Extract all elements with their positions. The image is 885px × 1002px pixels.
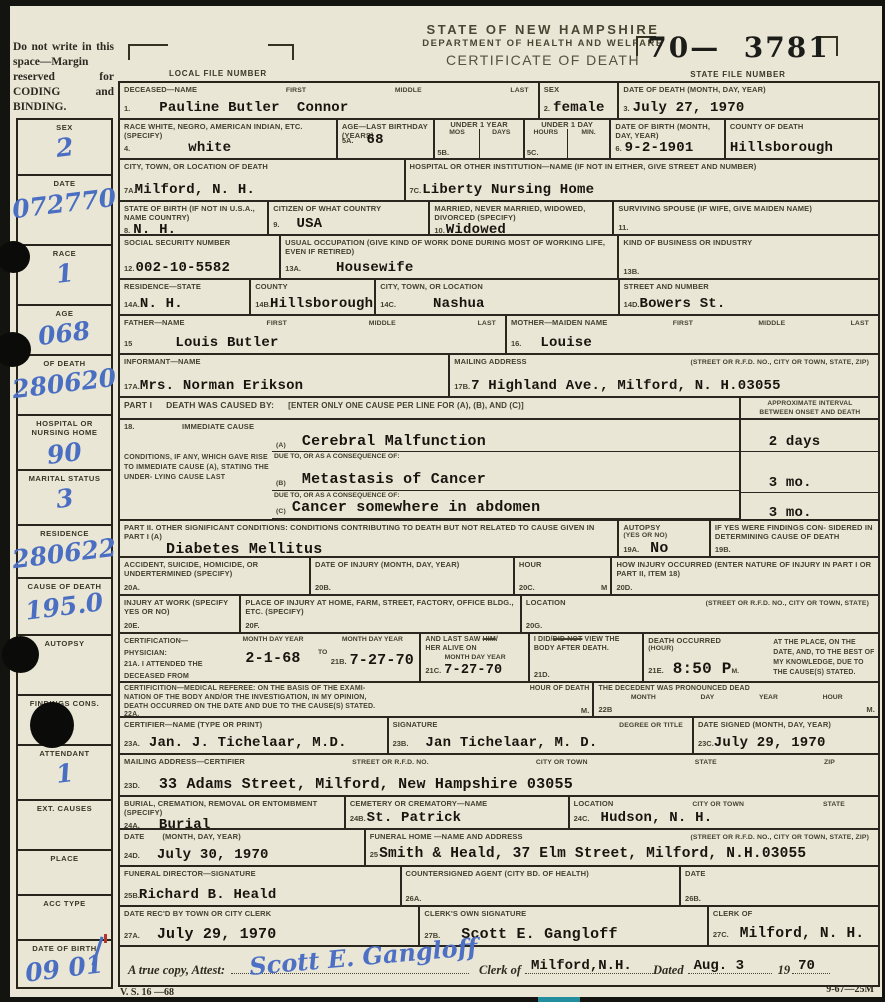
field-certifier-name: CERTIFIER—NAME (TYPE OR PRINT) 23A. Jan.… bbox=[120, 718, 389, 753]
field-informant: INFORMANT—NAME 17A. Mrs. Norman Erikson bbox=[120, 355, 450, 396]
margin-box-value: 2 bbox=[54, 135, 74, 162]
interval-c: 3 mo. bbox=[741, 493, 878, 522]
age-value: 68 bbox=[367, 133, 384, 148]
red-mark bbox=[104, 934, 107, 943]
field-residence-street: STREET AND NUMBER 14D. Bowers St. bbox=[620, 280, 878, 314]
date-signed-value: July 29, 1970 bbox=[714, 736, 826, 751]
cause-b-value: Metastasis of Cancer bbox=[302, 472, 486, 489]
punch-hole bbox=[2, 636, 39, 673]
row-medical-referee: CERTIFICITION—MEDICAL REFEREE: ON THE BA… bbox=[120, 683, 878, 718]
margin-box: AGE068 bbox=[18, 306, 111, 356]
clerk-signature-value: Scott E. Gangloff bbox=[461, 927, 617, 944]
field-deceased-name: DECEASED—NAME FIRST MIDDLE LAST 1. Pauli… bbox=[120, 83, 540, 118]
field-date-of-birth: DATE OF BIRTH (MONTH, DAY, YEAR) 6. 9-2-… bbox=[611, 120, 725, 158]
scan-edge-left bbox=[0, 0, 10, 1002]
part1-conditions-note: CONDITIONS, IF ANY, WHICH GAVE RISE TO I… bbox=[124, 453, 270, 482]
race-value: white bbox=[188, 141, 231, 156]
form-table: DECEASED—NAME FIRST MIDDLE LAST 1. Pauli… bbox=[118, 81, 880, 987]
local-file-bracket-left bbox=[128, 44, 168, 60]
burial-date-value: July 30, 1970 bbox=[157, 848, 269, 863]
date-of-death-value: July 27, 1970 bbox=[633, 101, 745, 116]
struck-did-not: DID NOT bbox=[553, 636, 583, 643]
scan-artifact bbox=[538, 997, 580, 1002]
field-death-hour: DEATH OCCURRED (HOUR) 21E. 8:50 P M. AT … bbox=[644, 634, 878, 681]
margin-box: ATTENDANT1 bbox=[18, 746, 111, 801]
cause-a-value: Cerebral Malfunction bbox=[302, 434, 486, 451]
row-part2: PART II. OTHER SIGNIFICANT CONDITIONS: C… bbox=[120, 521, 878, 558]
occupation-value: Housewife bbox=[336, 261, 413, 276]
part1-causes: 18. IMMEDIATE CAUSE CONDITIONS, IF ANY, … bbox=[120, 420, 741, 519]
margin-box-value: 280620 bbox=[11, 365, 118, 403]
field-under-1-day: UNDER 1 DAY HOURS 5C. MIN. bbox=[525, 120, 612, 158]
scan-edge-top bbox=[0, 0, 885, 6]
clerk-of-value: Milford, N. H. bbox=[740, 927, 865, 943]
residence-city-value: Nashua bbox=[433, 297, 485, 312]
funeral-director-value: Richard B. Heald bbox=[139, 888, 277, 903]
field-city-of-death: CITY, TOWN, OR LOCATION OF DEATH 7A. Mil… bbox=[120, 160, 406, 200]
row-part1-header: PART I DEATH WAS CAUSED BY: [ENTER ONLY … bbox=[120, 398, 878, 420]
field-race: RACE WHITE, NEGRO, AMERICAN INDIAN, ETC.… bbox=[120, 120, 338, 158]
interval-a: 2 days bbox=[741, 420, 878, 452]
field-marital-status: MARRIED, NEVER MARRIED, WIDOWED, DIVORCE… bbox=[430, 202, 614, 234]
field-under-1-year: UNDER 1 YEAR MOS 5B. DAYS bbox=[435, 120, 525, 158]
margin-box: RESIDENCE280622 bbox=[18, 526, 111, 579]
row-funeral-director: FUNERAL DIRECTOR—SIGNATURE 25B. Richard … bbox=[120, 867, 878, 907]
funeral-home-value: Smith & Heald, 37 Elm Street, Milford, N… bbox=[379, 847, 806, 863]
hospital-value: Liberty Nursing Home bbox=[422, 183, 594, 198]
margin-box: DATE072770 bbox=[18, 176, 111, 246]
city-of-death-value: Milford, N. H. bbox=[135, 183, 255, 198]
state-file-number-label: STATE FILE NUMBER bbox=[658, 70, 818, 79]
attest-year-value: 70 bbox=[798, 958, 815, 974]
punch-hole bbox=[30, 702, 74, 748]
cause-c-line: (C) Cancer somewhere in abdomen bbox=[272, 500, 739, 519]
certifier-address-value: 33 Adams Street, Milford, New Hampshire … bbox=[159, 777, 573, 794]
ssn-value: 002-10-5582 bbox=[135, 261, 230, 276]
field-medical-referee: CERTIFICITION—MEDICAL REFEREE: ON THE BA… bbox=[120, 683, 594, 716]
field-father-name: FATHER—NAME FIRST MIDDLE LAST 15 Louis B… bbox=[120, 316, 507, 353]
field-cemetery-location: LOCATION CITY OR TOWN STATE 24C. Hudson,… bbox=[570, 797, 878, 828]
last-seen-value: 7-27-70 bbox=[444, 664, 502, 679]
field-injury-hour: HOUR 20C. M bbox=[515, 558, 613, 594]
margin-box-value: 90 bbox=[46, 439, 84, 468]
row-parents: FATHER—NAME FIRST MIDDLE LAST 15 Louis B… bbox=[120, 316, 878, 355]
row-place-of-death: CITY, TOWN, OR LOCATION OF DEATH 7A. Mil… bbox=[120, 160, 878, 202]
cemetery-location-value: Hudson, N. H. bbox=[600, 811, 712, 826]
certificate-form: STATE OF NEW HAMPSHIRE DEPARTMENT OF HEA… bbox=[118, 6, 880, 1002]
deceased-name-label: DECEASED—NAME bbox=[124, 85, 197, 94]
margin-box-label: PLACE bbox=[50, 851, 78, 863]
margin-box-value: 280622 bbox=[11, 535, 118, 573]
row-certifier-address: MAILING ADDRESS—CERTIFIER STREET OR R.F.… bbox=[120, 755, 878, 797]
county-of-death-value: Hillsborough bbox=[730, 141, 833, 156]
row-injury-1: ACCIDENT, SUICIDE, HOMICIDE, OR UNDERTER… bbox=[120, 558, 878, 596]
row-informant: INFORMANT—NAME 17A. Mrs. Norman Erikson … bbox=[120, 355, 878, 398]
row-certification-physician: CERTIFICATION— PHYSICIAN: 21A. I ATTENDE… bbox=[120, 634, 878, 683]
cemetery-value: St. Patrick bbox=[367, 811, 462, 826]
margin-box-value: 072770 bbox=[11, 185, 118, 223]
field-state-of-birth: STATE OF BIRTH (IF NOT IN U.S.A., NAME C… bbox=[120, 202, 269, 234]
row-birth-citizen-marital: STATE OF BIRTH (IF NOT IN U.S.A., NAME C… bbox=[120, 202, 878, 236]
row-deceased: DECEASED—NAME FIRST MIDDLE LAST 1. Pauli… bbox=[120, 83, 878, 120]
field-date-signed: DATE SIGNED (MONTH, DAY, YEAR) 23C. July… bbox=[694, 718, 878, 753]
row-funeral-home: DATE (MONTH, DAY, YEAR) 24D. July 30, 19… bbox=[120, 830, 878, 867]
field-clerk-of: CLERK OF 27C. Milford, N. H. bbox=[709, 907, 878, 945]
death-hour-value: 8:50 P bbox=[673, 661, 732, 679]
field-how-injury-occurred: HOW INJURY OCCURRED (ENTER NATURE OF INJ… bbox=[612, 558, 878, 594]
margin-box: EXT. CAUSES bbox=[18, 801, 111, 851]
margin-box-label: MARITAL STATUS bbox=[29, 471, 101, 483]
attest-place-line: Milford,N.H. bbox=[525, 959, 653, 974]
row-part1-body: 18. IMMEDIATE CAUSE CONDITIONS, IF ANY, … bbox=[120, 420, 878, 521]
row-race-age-dob: RACE WHITE, NEGRO, AMERICAN INDIAN, ETC.… bbox=[120, 120, 878, 160]
interval-header: APPROXIMATE INTERVAL BETWEEN ONSET AND D… bbox=[741, 398, 878, 418]
certifier-signature-value: Jan Tichelaar, M. D. bbox=[425, 736, 597, 751]
margin-box: ACC TYPE bbox=[18, 896, 111, 941]
field-countersigned-agent: COUNTERSIGNED AGENT (CITY BD. OF HEALTH)… bbox=[402, 867, 682, 905]
margin-box-label: AGE bbox=[56, 306, 74, 318]
row-certifier: CERTIFIER—NAME (TYPE OR PRINT) 23A. Jan.… bbox=[120, 718, 878, 755]
field-viewed-body: I DID/DID NOT VIEW THE BODY AFTER DEATH.… bbox=[530, 634, 644, 681]
field-certifier-address: MAILING ADDRESS—CERTIFIER STREET OR R.F.… bbox=[120, 755, 878, 795]
row-ssn-occupation: SOCIAL SECURITY NUMBER 12. 002-10-5582 U… bbox=[120, 236, 878, 280]
margin-box-label: SEX bbox=[56, 120, 73, 132]
field-occupation: USUAL OCCUPATION (GIVE KIND OF WORK DONE… bbox=[281, 236, 619, 278]
row-clerk: DATE REC'D BY TOWN OR CITY CLERK 27A. Ju… bbox=[120, 907, 878, 947]
date-received-value: July 29, 1970 bbox=[157, 927, 277, 944]
field-surviving-spouse: SURVIVING SPOUSE (IF WIFE, GIVE MAIDEN N… bbox=[614, 202, 878, 234]
field-last-seen-alive: AND LAST SAW HIM/ HER ALIVE ON MONTH DAY… bbox=[421, 634, 529, 681]
attest-signature-line: Scott E. Gangloff bbox=[231, 959, 469, 974]
attest-date-value: Aug. 3 bbox=[694, 958, 744, 974]
attest-label: A true copy, Attest: bbox=[128, 964, 225, 977]
cause-c-value: Cancer somewhere in abdomen bbox=[292, 500, 540, 517]
scan-edge-bottom bbox=[0, 997, 885, 1002]
field-industry: KIND OF BUSINESS OR INDUSTRY 13B. bbox=[619, 236, 878, 278]
field-date-of-death: DATE OF DEATH (MONTH, DAY, YEAR) 3. July… bbox=[619, 83, 878, 118]
row-residence: RESIDENCE—STATE 14A. N. H. COUNTY 14B. H… bbox=[120, 280, 878, 316]
margin-box-label: HOSPITAL OR NURSING HOME bbox=[32, 416, 98, 438]
part1-header: PART I DEATH WAS CAUSED BY: [ENTER ONLY … bbox=[120, 398, 741, 418]
attended-to-value: 7-27-70 bbox=[350, 653, 414, 670]
field-residence-city: CITY, TOWN, OR LOCATION 14C. Nashua bbox=[376, 280, 619, 314]
local-file-number-label: LOCAL FILE NUMBER bbox=[148, 69, 288, 78]
father-name-value: Louis Butler bbox=[175, 336, 278, 351]
margin-box-label: DATE bbox=[53, 176, 75, 188]
field-autopsy: AUTOPSY (YES OR NO) 19A. No bbox=[619, 521, 711, 556]
margin-box-label: ATTENDANT bbox=[39, 746, 89, 758]
margin-box: RACE1 bbox=[18, 246, 111, 306]
margin-box-label: EXT. CAUSES bbox=[37, 801, 92, 813]
informant-address-value: 7 Highland Ave., Milford, N. H.03055 bbox=[471, 379, 781, 394]
field-accident-suicide: ACCIDENT, SUICIDE, HOMICIDE, OR UNDERTER… bbox=[120, 558, 311, 594]
mother-name-value: Louise bbox=[540, 336, 592, 351]
margin-box-label: RACE bbox=[53, 246, 77, 258]
attest-year-line: 70 bbox=[792, 959, 830, 974]
informant-value: Mrs. Norman Erikson bbox=[140, 379, 303, 394]
field-mother-name: MOTHER—MAIDEN NAME FIRST MIDDLE LAST 16.… bbox=[507, 316, 878, 353]
field-county-of-death: COUNTY OF DEATH Hillsborough bbox=[726, 120, 878, 158]
margin-box-value: 1 bbox=[54, 261, 74, 288]
margin-box-value: 195.0 bbox=[24, 590, 105, 624]
margin-note: Do not write in this space—Margin reserv… bbox=[13, 40, 114, 115]
field-countersigned-date: DATE 26B. bbox=[681, 867, 878, 905]
field-date-of-injury: DATE OF INJURY (MONTH, DAY, YEAR) 20B. bbox=[311, 558, 515, 594]
field-sex: SEX 2. female bbox=[540, 83, 620, 118]
field-ssn: SOCIAL SECURITY NUMBER 12. 002-10-5582 bbox=[120, 236, 281, 278]
field-residence-state: RESIDENCE—STATE 14A. N. H. bbox=[120, 280, 251, 314]
state-file-number: 70— 3781 bbox=[646, 34, 831, 62]
row-injury-2: INJURY AT WORK (SPECIFY YES OR NO) 20E. … bbox=[120, 596, 878, 634]
field-injury-location: LOCATION (STREET OR R.F.D. NO., CITY OR … bbox=[522, 596, 878, 632]
field-pronounced-dead: THE DECEDENT WAS PRONOUNCED DEAD MONTH D… bbox=[594, 683, 878, 716]
row-disposition: BURIAL, CREMATION, REMOVAL OR ENTOMBMENT… bbox=[120, 797, 878, 830]
interval-b: 3 mo. bbox=[741, 452, 878, 493]
margin-box-value: 068 bbox=[37, 318, 92, 349]
attest-strip: A true copy, Attest: Scott E. Gangloff C… bbox=[120, 947, 878, 985]
margin-box: HOSPITAL OR NURSING HOME90 bbox=[18, 416, 111, 471]
field-funeral-home: FUNERAL HOME —NAME AND ADDRESS (STREET O… bbox=[366, 830, 878, 865]
margin-boxes: SEX2DATE072770RACE1AGE068OF DEATH280620H… bbox=[16, 118, 113, 989]
margin-box-label: ACC TYPE bbox=[43, 896, 85, 908]
field-injury-at-work: INJURY AT WORK (SPECIFY YES OR NO) 20E. bbox=[120, 596, 241, 632]
residence-county-value: Hillsborough bbox=[270, 297, 373, 312]
field-cemetery: CEMETERY OR CREMATORY—NAME 24B. St. Patr… bbox=[346, 797, 570, 828]
field-burial-date: DATE (MONTH, DAY, YEAR) 24D. July 30, 19… bbox=[120, 830, 366, 865]
margin-box-label: AUTOPSY bbox=[44, 636, 84, 648]
field-certifier-signature: SIGNATURE DEGREE OR TITLE 23B. Jan Tiche… bbox=[389, 718, 694, 753]
field-burial-type: BURIAL, CREMATION, REMOVAL OR ENTOMBMENT… bbox=[120, 797, 346, 828]
attended-from-value: 2-1-68 bbox=[245, 651, 300, 668]
field-findings-considered: IF YES WERE FINDINGS CON- SIDERED IN DET… bbox=[711, 521, 878, 556]
field-informant-address: MAILING ADDRESS (STREET OR R.F.D. NO., C… bbox=[450, 355, 878, 396]
local-file-bracket-right bbox=[268, 44, 294, 60]
death-certificate-scan: { "margin": { "note": "Do not write in t… bbox=[0, 0, 885, 1002]
field-date-received: DATE REC'D BY TOWN OR CITY CLERK 27A. Ju… bbox=[120, 907, 420, 945]
margin-box-value: 3 bbox=[54, 486, 74, 513]
sex-value: female bbox=[553, 101, 605, 116]
margin-box-value: 1 bbox=[54, 761, 74, 788]
print-code: 9-67—25M bbox=[826, 984, 874, 995]
field-attended: CERTIFICATION— PHYSICIAN: 21A. I ATTENDE… bbox=[120, 634, 421, 681]
residence-state-value: N. H. bbox=[140, 297, 183, 312]
cause-b-line: (B) Metastasis of Cancer bbox=[272, 461, 739, 491]
deceased-name-value: Pauline Butler Connor bbox=[159, 101, 348, 116]
margin-box: MARITAL STATUS3 bbox=[18, 471, 111, 526]
field-part2-conditions: PART II. OTHER SIGNIFICANT CONDITIONS: C… bbox=[120, 521, 619, 556]
struck-him: HIM bbox=[483, 636, 496, 643]
part1-intervals: 2 days 3 mo. 3 mo. bbox=[741, 420, 878, 519]
field-age: AGE—LAST BIRTHDAY (YEARS) 5A. 68 bbox=[338, 120, 436, 158]
date-of-birth-value: 9-2-1901 bbox=[625, 141, 694, 156]
autopsy-value: No bbox=[650, 541, 668, 558]
attest-place-value: Milford,N.H. bbox=[531, 958, 632, 974]
residence-street-value: Bowers St. bbox=[640, 297, 726, 312]
field-residence-county: COUNTY 14B. Hillsborough bbox=[251, 280, 376, 314]
citizen-value: USA bbox=[296, 217, 322, 232]
margin-box: OF DEATH280620 bbox=[18, 356, 111, 416]
margin-box: SEX2 bbox=[18, 120, 111, 176]
part2-value: Diabetes Mellitus bbox=[166, 542, 322, 559]
certifier-name-value: Jan. J. Tichelaar, M.D. bbox=[149, 736, 347, 751]
cause-a-line: (A) Cerebral Malfunction bbox=[272, 420, 739, 452]
attest-date-line: Aug. 3 bbox=[688, 959, 772, 974]
field-funeral-director: FUNERAL DIRECTOR—SIGNATURE 25B. Richard … bbox=[120, 867, 402, 905]
margin-box: PLACE bbox=[18, 851, 111, 896]
margin-box: CAUSE OF DEATH195.0 bbox=[18, 579, 111, 636]
field-hospital: HOSPITAL OR OTHER INSTITUTION—NAME (IF N… bbox=[406, 160, 878, 200]
physician-statement: AT THE PLACE, ON THE DATE, AND, TO THE B… bbox=[773, 636, 875, 680]
field-place-of-injury: PLACE OF INJURY AT HOME, FARM, STREET, F… bbox=[241, 596, 522, 632]
field-citizen: CITIZEN OF WHAT COUNTRY 9. USA bbox=[269, 202, 430, 234]
